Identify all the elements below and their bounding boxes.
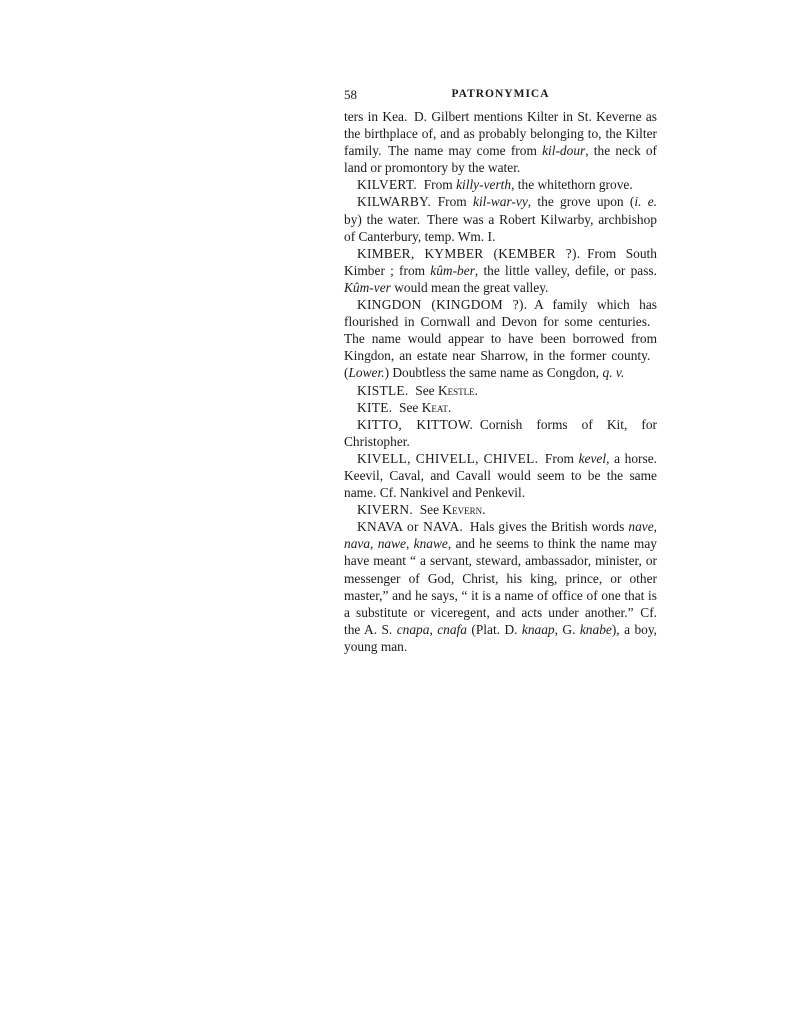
entry-text: From bbox=[417, 177, 456, 192]
italic-term: cnafa bbox=[437, 622, 467, 637]
entry-text: , bbox=[370, 536, 378, 551]
dictionary-entry: KNAVA or NAVA. Hals gives the British wo… bbox=[344, 518, 657, 655]
entry-headword: KILWARBY. bbox=[357, 194, 431, 209]
entry-text: by) the water. There was a Robert Kilwar… bbox=[344, 212, 657, 244]
dictionary-entry: KILVERT. From killy-verth, the whitethor… bbox=[344, 176, 657, 193]
italic-term: Kûm-ver bbox=[344, 280, 391, 295]
italic-term: killy-verth bbox=[456, 177, 511, 192]
entry-text: From bbox=[538, 451, 578, 466]
dictionary-entry: KINGDON (KINGDOM ?). A family which has … bbox=[344, 296, 657, 381]
cross-reference: Kevern. bbox=[442, 502, 485, 517]
dictionary-entries: ters in Kea. D. Gilbert mentions Kilter … bbox=[344, 108, 657, 655]
entry-text: , bbox=[406, 536, 414, 551]
dictionary-entry: KIMBER, KYMBER (KEMBER ?). From South Ki… bbox=[344, 245, 657, 296]
italic-term: q. v. bbox=[603, 365, 625, 380]
italic-term: kil-war-vy bbox=[473, 194, 528, 209]
dictionary-entry: KILWARBY. From kil-war-vy, the grove upo… bbox=[344, 193, 657, 244]
dictionary-entry: KIVERN. See Kevern. bbox=[344, 501, 657, 518]
dictionary-entry: KIVELL, CHIVELL, CHIVEL. From kevel, a h… bbox=[344, 450, 657, 501]
entry-headword: KIMBER, KYMBER (KEMBER ?). bbox=[357, 246, 580, 261]
italic-term: cnapa bbox=[397, 622, 430, 637]
entry-headword: KISTLE. bbox=[357, 383, 409, 398]
entry-text: , the grove upon ( bbox=[528, 194, 635, 209]
entry-headword: KITTO, KITTOW. bbox=[357, 417, 473, 432]
entry-headword: KIVERN. bbox=[357, 502, 413, 517]
running-head: PATRONYMICA bbox=[344, 86, 657, 103]
entry-headword: KIVELL, CHIVELL, CHIVEL. bbox=[357, 451, 538, 466]
dictionary-entry: ters in Kea. D. Gilbert mentions Kilter … bbox=[344, 108, 657, 176]
entry-text: See bbox=[409, 383, 438, 398]
italic-term: knabe bbox=[580, 622, 612, 637]
cross-reference: Kestle. bbox=[438, 383, 478, 398]
page-header: 58 PATRONYMICA bbox=[344, 86, 657, 108]
entry-headword: KILVERT. bbox=[357, 177, 417, 192]
italic-term: Lower. bbox=[348, 365, 384, 380]
entry-text: See bbox=[413, 502, 442, 517]
dictionary-entry: KISTLE. See Kestle. bbox=[344, 382, 657, 399]
book-page: 58 PATRONYMICA ters in Kea. D. Gilbert m… bbox=[344, 86, 657, 655]
italic-term: nave bbox=[628, 519, 653, 534]
entry-headword: KITE. bbox=[357, 400, 392, 415]
entry-text: , bbox=[654, 519, 657, 534]
italic-term: kil-dour bbox=[542, 143, 585, 158]
entry-text: From bbox=[431, 194, 473, 209]
italic-term: i. e. bbox=[634, 194, 657, 209]
italic-term: knaap bbox=[522, 622, 555, 637]
entry-headword: KINGDON (KINGDOM ?). bbox=[357, 297, 527, 312]
dictionary-entry: KITE. See Keat. bbox=[344, 399, 657, 416]
italic-term: kevel bbox=[579, 451, 607, 466]
entry-text: would mean the great valley. bbox=[391, 280, 549, 295]
cross-reference: Keat. bbox=[422, 400, 452, 415]
entry-text: See bbox=[392, 400, 421, 415]
entry-text: , the little valley, defile, or pass. bbox=[475, 263, 657, 278]
italic-term: kûm-ber bbox=[430, 263, 475, 278]
italic-term: knawe bbox=[414, 536, 448, 551]
entry-text: Hals gives the British words bbox=[463, 519, 628, 534]
dictionary-entry: KITTO, KITTOW. Cornish forms of Kit, for… bbox=[344, 416, 657, 450]
entry-headword: KNAVA or NAVA. bbox=[357, 519, 463, 534]
entry-text: , G. bbox=[555, 622, 580, 637]
entry-text: (Plat. D. bbox=[467, 622, 522, 637]
italic-term: nawe bbox=[378, 536, 406, 551]
italic-term: nava bbox=[344, 536, 370, 551]
entry-text: , the whitethorn grove. bbox=[511, 177, 633, 192]
entry-text: ) Doubtless the same name as Congdon, bbox=[385, 365, 603, 380]
